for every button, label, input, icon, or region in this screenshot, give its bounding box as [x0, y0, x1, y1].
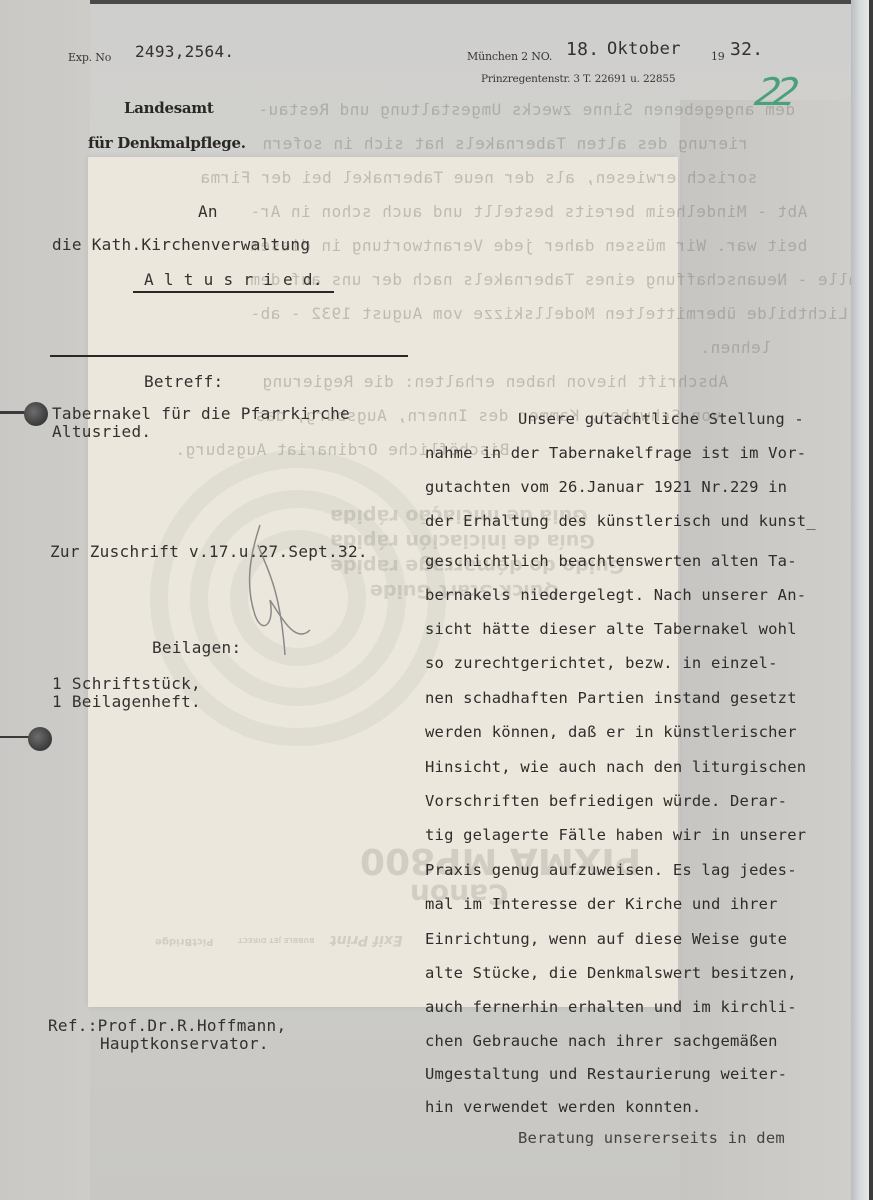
enclosure-item: 1 Beilagenheft. [52, 693, 201, 711]
bleed-through-print: PictBridge [155, 936, 214, 947]
place-underline [133, 291, 334, 293]
body-line: mal im Interesse der Kirche und ihrer [425, 894, 778, 914]
exp-number: 2493,2564. [135, 42, 234, 62]
punch-hole [28, 727, 52, 751]
subject-line1: Tabernakel für die Pfarrkirche [52, 405, 350, 423]
bleed-through-line: sorisch erwiesen, als der neue Tabernake… [200, 168, 757, 187]
office-name-line2: für Denkmalpflege. [88, 133, 246, 153]
body-line: Unsere gutachtliche Stellung - [518, 409, 804, 429]
bleed-through-line: rierung des alten Tabernakels hat sich i… [262, 134, 748, 153]
body-line: geschichtlich beachtenswerten alten Ta- [425, 551, 797, 571]
body-line: nen schadhaften Partien instand gesetzt [425, 688, 797, 708]
body-line: Beratung unsererseits in dem [518, 1128, 785, 1148]
office-address: Prinzregentenstr. 3 T. 22691 u. 22855 [481, 69, 675, 89]
date-day: 18. [566, 40, 599, 60]
body-line: Praxis genug aufzuweisen. Es lag jedes- [425, 860, 797, 880]
body-line: Umgestaltung und Restaurierung weiter- [425, 1064, 787, 1084]
pencil-initials-icon [240, 505, 320, 665]
body-line: der Erhaltung des künstlerisch und kunst… [425, 511, 816, 531]
body-line: Vorschriften befriedigen würde. Derar- [425, 791, 787, 811]
scan-top-edge [0, 0, 873, 4]
referent-title: Hauptkonservator. [100, 1035, 269, 1053]
office-name-line1: Landesamt [124, 98, 213, 118]
date-century: 19 [711, 47, 725, 67]
bleed-through-line: Falle - Neuanschaffung eines Tabernakels… [250, 270, 868, 289]
body-line: alte Stücke, die Denkmalswert besitzen, [425, 963, 797, 983]
body-line: werden können, daß er in künstlerischer [425, 722, 797, 742]
bleed-through-line: Abt - Mindelheim bereits bestellt und au… [250, 202, 807, 221]
addressee: die Kath.Kirchenverwaltung [52, 235, 310, 255]
body-line: Einrichtung, wenn auf diese Weise gute [425, 929, 787, 949]
scanned-letter-page: dem angegebenen Sinne zwecks Umgestaltun… [0, 0, 873, 1200]
date-year: 32. [730, 40, 763, 60]
body-line: nahme in der Tabernakelfrage ist im Vor- [425, 443, 806, 463]
punch-hole-tear [0, 736, 30, 738]
salutation: An [198, 202, 218, 222]
body-line: tig gelagerte Fälle haben wir in unserer [425, 825, 806, 845]
exp-number-label: Exp. No [68, 48, 111, 68]
bleed-through-line: beit war. Wir müssen daher jede Verantwo… [250, 236, 807, 255]
date-month: Oktober [607, 39, 681, 59]
punch-hole [24, 402, 48, 426]
scan-right-border [869, 0, 873, 1200]
body-line: chen Gebrauche nach ihrer sachgemäßen [425, 1031, 778, 1051]
body-line: gutachten vom 26.Januar 1921 Nr.229 in [425, 477, 787, 497]
separator-rule [50, 355, 408, 357]
body-line: Hinsicht, wie auch nach den liturgischen [425, 757, 806, 777]
bleed-through-line: dem angegebenen Sinne zwecks Umgestaltun… [258, 100, 795, 119]
subject-label: Betreff: [144, 372, 223, 392]
recipient-place: A l t u s r i e d. [144, 270, 323, 290]
bleed-through-line: Abschrift hievon haben erhalten: die Reg… [262, 372, 728, 391]
bleed-through-line: Lichtbilde übermittelten Modellskizze vo… [250, 304, 848, 323]
bleed-through-print: Exif Print [330, 932, 403, 948]
body-line: auch fernerhin erhalten und im kirchli- [425, 997, 797, 1017]
body-line: so zurechtgerichtet, bezw. in einzel- [425, 653, 778, 673]
enclosure-item: 1 Schriftstück, [52, 675, 201, 693]
bleed-through-print: Guía de iniciación rápida [330, 530, 595, 552]
bleed-through-print: BUBBLE JET DIRECT [238, 936, 314, 944]
enclosures-label: Beilagen: [152, 638, 241, 658]
body-line: bernakels niedergelegt. Nach unserer An- [425, 585, 806, 605]
reference-line: Zur Zuschrift v.17.u.27.Sept.32. [50, 542, 368, 562]
bleed-through-line: lehnen. [700, 338, 771, 357]
referent-name: Ref.:Prof.Dr.R.Hoffmann, [48, 1017, 286, 1035]
body-line: sicht hätte dieser alte Tabernakel wohl [425, 619, 797, 639]
subject-line2: Altusried. [52, 423, 151, 441]
body-line: hin verwendet werden konnten. [425, 1097, 701, 1117]
place-label: München 2 NO. [467, 47, 552, 67]
